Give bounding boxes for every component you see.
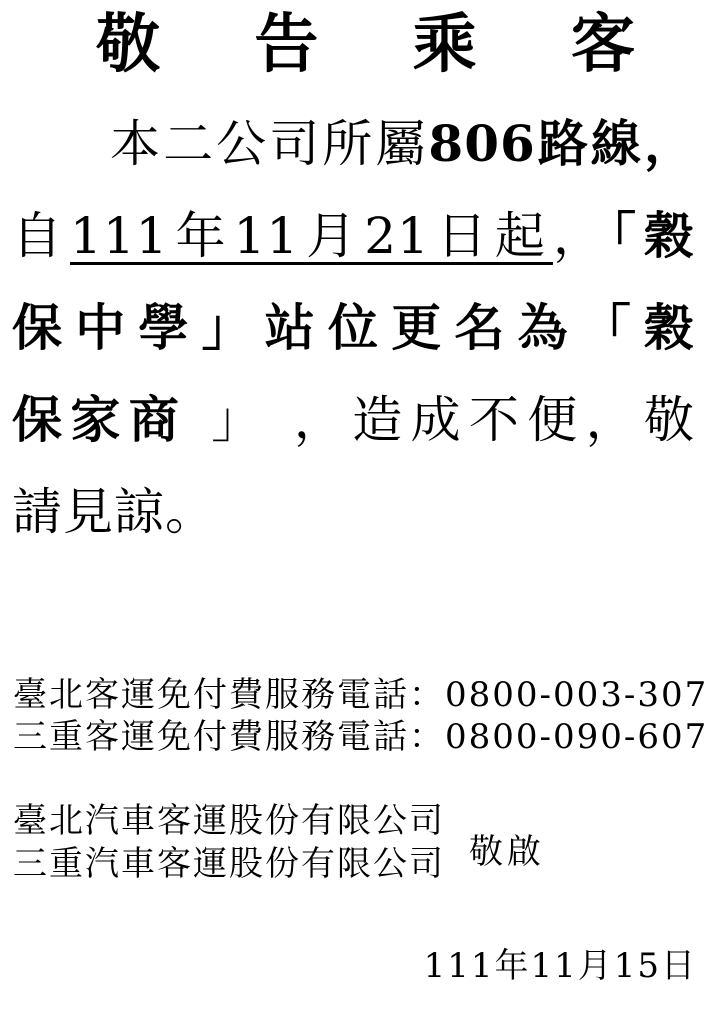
service-phone-lines: 臺北客運免付費服務電話：0800-003-307三重客運免付費服務電話：0800… bbox=[13, 674, 708, 758]
phone-line-1: 臺北客運免付費服務電話：0800-003-307 bbox=[13, 674, 708, 716]
notice-text-segment: 111年11月21日起 bbox=[70, 207, 553, 265]
notice-line-1: 本二公司所屬806路線， bbox=[12, 98, 695, 190]
notice-text-segment: 」 ，造成不便，敬 bbox=[187, 391, 695, 449]
company-name-2: 三重汽車客運股份有限公司 bbox=[13, 843, 445, 886]
notice-date: 111年11月15日 bbox=[424, 938, 697, 987]
closing-salutation: 敬啟 bbox=[469, 824, 545, 873]
notice-line-5: 請見諒。 bbox=[12, 466, 695, 558]
notice-text-segment: 806路線， bbox=[428, 114, 695, 173]
notice-line-4: 保家商 」 ，造成不便，敬 bbox=[12, 374, 695, 466]
notice-text-segment: 「穀 bbox=[611, 206, 695, 265]
notice-body-paragraph: 本二公司所屬806路線，自111年11月21日起，「穀保中學」站位更名為「穀保家… bbox=[12, 98, 695, 558]
notice-text-segment: 保家商 bbox=[12, 390, 187, 449]
notice-text-segment: 請見諒。 bbox=[12, 483, 216, 541]
signature-block: 臺北汽車客運股份有限公司三重汽車客運股份有限公司 敬啟 bbox=[13, 800, 545, 886]
company-name-1: 臺北汽車客運股份有限公司 bbox=[13, 800, 445, 843]
passenger-notice-document: 敬 告 乘 客 本二公司所屬806路線，自111年11月21日起，「穀保中學」站… bbox=[0, 0, 709, 1024]
notice-text-segment: 自 bbox=[12, 207, 70, 265]
notice-title: 敬 告 乘 客 bbox=[30, 2, 709, 88]
notice-line-3: 保中學」站位更名為「穀 bbox=[12, 282, 695, 374]
notice-text-segment: 本二公司所屬 bbox=[110, 115, 428, 173]
company-names: 臺北汽車客運股份有限公司三重汽車客運股份有限公司 bbox=[13, 800, 445, 886]
phone-line-2: 三重客運免付費服務電話：0800-090-607 bbox=[13, 716, 708, 758]
notice-text-segment: 保中學」站位更名為「穀 bbox=[12, 298, 695, 357]
notice-text-segment: ， bbox=[553, 207, 611, 265]
notice-line-2: 自111年11月21日起，「穀 bbox=[12, 190, 695, 282]
